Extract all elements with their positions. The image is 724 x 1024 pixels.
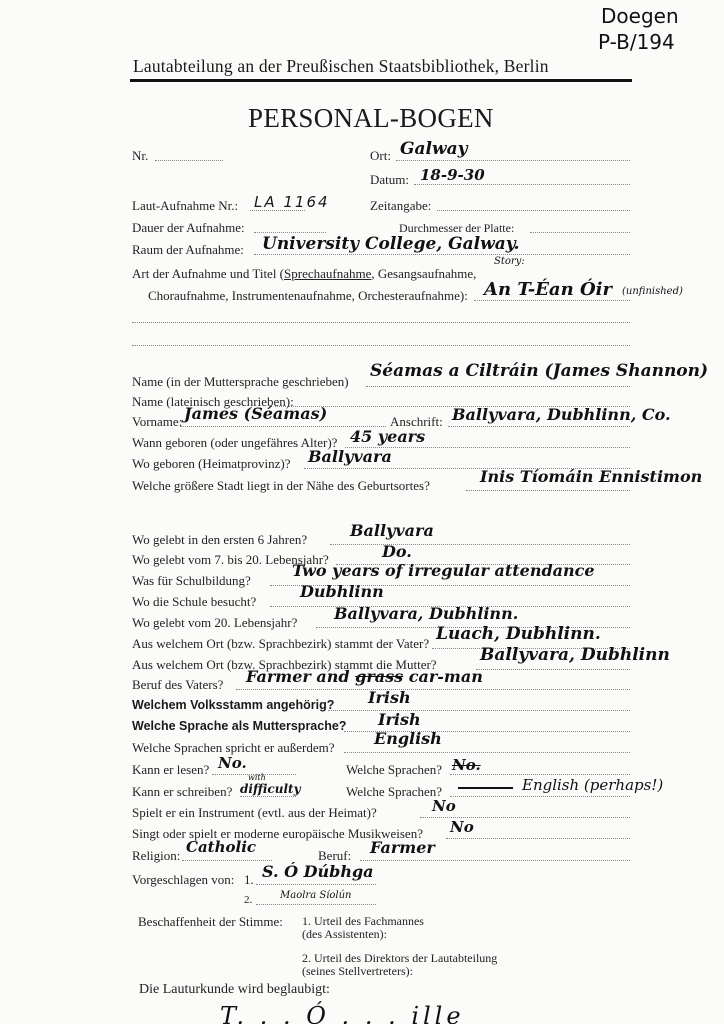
zeitangabe-field[interactable] <box>437 210 630 211</box>
schulbildung-value: Two years of irregular attendance <box>292 561 595 580</box>
beruf-vater-value-b: car-man <box>409 667 483 686</box>
vorgeschlagen-field-2[interactable] <box>256 904 376 905</box>
art-selected-type: Sprechaufnahme <box>284 266 371 281</box>
art-label-line2: Choraufnahme, Instrumentenaufnahme, Orch… <box>148 288 468 304</box>
archive-note-line2: P-B/194 <box>598 30 675 54</box>
beruf-field[interactable] <box>360 860 630 861</box>
schreiben-sprachen-field[interactable] <box>450 796 630 797</box>
geboren-wann-label: Wann geboren (oder ungefähres Alter)? <box>132 435 337 451</box>
instrument-label: Spielt er ein Instrument (evtl. aus der … <box>132 805 377 821</box>
datum-label: Datum: <box>370 172 409 188</box>
schreiben-dash <box>458 787 513 789</box>
anschrift-field[interactable] <box>448 426 630 427</box>
lesen-value: No. <box>218 754 247 772</box>
stimme-urteil-1b: (des Assistenten): <box>302 927 387 942</box>
lesen-label: Kann er lesen? <box>132 762 209 778</box>
name-mutter-field[interactable] <box>366 386 630 387</box>
gelebt-6-label: Wo gelebt in den ersten 6 Jahren? <box>132 532 307 548</box>
lesen-sprachen-label: Welche Sprachen? <box>346 762 442 778</box>
gelebt-6-field[interactable] <box>330 544 630 545</box>
schreiben-value: difficulty <box>240 782 301 796</box>
gelebt-20-label: Wo gelebt vom 20. Lebensjahr? <box>132 615 297 631</box>
vater-ort-value: Luach, Dubhlinn. <box>436 624 601 644</box>
gelebt-6-value: Ballyvara <box>350 521 434 540</box>
raum-value: University College, Galway. <box>262 234 520 254</box>
volksstamm-field[interactable] <box>328 710 630 711</box>
raum-label: Raum der Aufnahme: <box>132 242 244 258</box>
schule-label: Wo die Schule besucht? <box>132 594 256 610</box>
musik-value: No <box>450 818 474 836</box>
vorgeschlagen-signature-2: Maolra Síolún <box>280 890 352 901</box>
beruf-vater-value-a: Farmer and <box>246 667 350 686</box>
beglaubigt-label: Die Lauturkunde wird beglaubigt: <box>139 982 330 998</box>
vorgeschlagen-n2: 2. <box>244 894 252 906</box>
gelebt-20-value: Ballyvara, Dubhlinn. <box>334 604 518 623</box>
beruf-value: Farmer <box>370 838 435 857</box>
art-note: Story: <box>494 256 525 267</box>
beruf-vater-label: Beruf des Vaters? <box>132 677 223 693</box>
name-mutter-value: Séamas a Ciltráin (James Shannon) <box>370 361 708 381</box>
mutter-ort-value: Ballyvara, Dubhlinn <box>480 645 670 665</box>
datum-value: 18-9-30 <box>420 166 485 184</box>
schreiben-label: Kann er schreiben? <box>132 784 232 800</box>
gelebt-7-20-value: Do. <box>382 542 412 561</box>
page-title: PERSONAL-BOGEN <box>248 103 494 134</box>
stimme-label: Beschaffenheit der Stimme: <box>138 914 283 930</box>
art-field-extra-2[interactable] <box>132 345 630 346</box>
nr-field[interactable] <box>155 160 223 161</box>
art-field-extra-1[interactable] <box>132 322 630 323</box>
art-label-prefix: Art der Aufnahme und Titel ( <box>132 266 284 281</box>
schreiben-sprachen-label: Welche Sprachen? <box>346 784 442 800</box>
lesen-sprachen-value: No. <box>452 756 481 774</box>
art-field[interactable] <box>474 300 630 301</box>
geboren-wann-value: 45 years <box>350 427 425 446</box>
beruf-vater-value: Farmer and grass car-man <box>246 667 483 686</box>
sprachen-field[interactable] <box>344 752 630 753</box>
vorname-label: Vorname: <box>132 414 182 430</box>
vater-ort-label: Aus welchem Ort (bzw. Sprachbezirk) stam… <box>132 636 429 652</box>
institution-header: Lautabteilung an der Preußischen Staatsb… <box>133 56 549 77</box>
vorname-value: James (Séamas) <box>184 404 327 423</box>
muttersprache-label: Welche Sprache als Muttersprache? <box>132 719 346 733</box>
laut-aufnahme-value: LA 1164 <box>254 193 330 211</box>
mutter-ort-field[interactable] <box>476 669 630 670</box>
durchmesser-field[interactable] <box>530 232 630 233</box>
archive-note-line1: Doegen <box>601 4 679 28</box>
beruf-vater-struck: grass <box>355 667 403 686</box>
beruf-vater-field[interactable] <box>236 689 630 690</box>
vorgeschlagen-label: Vorgeschlagen von: <box>132 872 234 888</box>
sprachen-value: English <box>374 729 442 748</box>
art-label-suffix: , Gesangsaufnahme, <box>371 266 476 281</box>
dauer-label: Dauer der Aufnahme: <box>132 220 245 236</box>
religion-label: Religion: <box>132 848 180 864</box>
stimme-urteil-2b: (seines Stellvertreters): <box>302 964 413 979</box>
volksstamm-value: Irish <box>368 688 411 707</box>
schreiben-value-note: with <box>248 773 266 782</box>
groessere-stadt-label: Welche größere Stadt liegt in der Nähe d… <box>132 478 430 494</box>
schreiben-field[interactable] <box>240 796 296 797</box>
art-value: An T-Éan Óir <box>484 279 612 300</box>
art-value-note: (unfinished) <box>622 286 683 297</box>
zeitangabe-label: Zeitangabe: <box>370 198 431 214</box>
vorgeschlagen-signature-1: S. Ó Dúbhga <box>262 862 374 881</box>
schulbildung-label: Was für Schulbildung? <box>132 573 251 589</box>
raum-field[interactable] <box>254 254 630 255</box>
vorgeschlagen-field-1[interactable] <box>256 884 376 885</box>
schreiben-sprachen-value: English (perhaps!) <box>522 776 663 794</box>
nr-label: Nr. <box>132 148 148 164</box>
dauer-field[interactable] <box>254 232 326 233</box>
ort-field[interactable] <box>396 160 630 161</box>
religion-value: Catholic <box>186 838 256 856</box>
laut-aufnahme-label: Laut-Aufnahme Nr.: <box>132 198 238 214</box>
groessere-stadt-value: Inis Tíomáin Ennistimon <box>480 467 702 486</box>
geboren-wo-label: Wo geboren (Heimatprovinz)? <box>132 456 291 472</box>
muttersprache-value: Irish <box>378 710 421 729</box>
ort-value: Galway <box>400 139 468 159</box>
volksstamm-label: Welchem Volksstamm angehörig? <box>132 698 334 712</box>
instrument-value: No <box>432 797 456 815</box>
header-rule <box>130 79 632 82</box>
name-mutter-label: Name (in der Muttersprache geschrieben) <box>132 374 349 390</box>
schule-value: Dubhlinn <box>300 582 384 601</box>
art-label-line1: Art der Aufnahme und Titel (Sprechaufnah… <box>132 266 476 282</box>
beglaubigt-signature: T. . . Ó . . . ille <box>220 1002 465 1024</box>
ort-label: Ort: <box>370 148 391 164</box>
vorgeschlagen-n1: 1. <box>244 872 254 888</box>
musik-field[interactable] <box>446 838 630 839</box>
groessere-stadt-field[interactable] <box>466 490 630 491</box>
geboren-wo-value: Ballyvara <box>308 447 392 466</box>
anschrift-value: Ballyvara, Dubhlinn, Co. <box>452 405 671 424</box>
religion-field[interactable] <box>182 860 272 861</box>
lesen-sprachen-field[interactable] <box>450 774 630 775</box>
datum-field[interactable] <box>414 184 630 185</box>
